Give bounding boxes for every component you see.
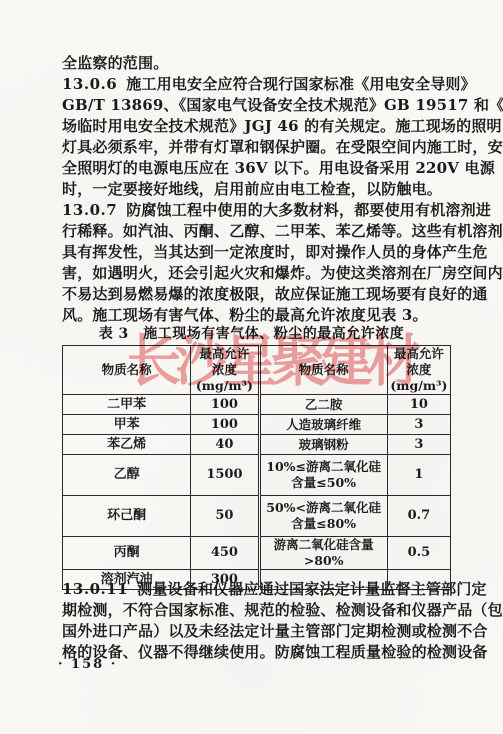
line-text: 场临时用电安全技术规范》JGJ 46 的有关规定。施工现场的照明: [62, 117, 502, 135]
table-cell: 0.7: [387, 496, 450, 537]
line-text: GB/T 13869、《国家电气设备安全技术规范》GB 19517 和《施工现: [62, 96, 503, 114]
table-cell: 450: [191, 537, 259, 570]
table-cell: 50: [191, 496, 259, 537]
text-line: 具有挥发性，当其达到一定浓度时，即对操作人员的身体产生危: [62, 242, 460, 263]
line-text: 期检测，不符合国家标准、规范的检验、检测设备和仪器产品（包括: [62, 601, 503, 619]
text-line: 国外进口产品）以及未经法定计量主管部门定期检测或检测不合: [62, 621, 460, 642]
table-cell: 甲苯: [63, 415, 191, 435]
table-cell: 游离二氧化硅含量>80%: [259, 537, 387, 570]
line-text: 时，一定要接好地线，启用前应由电工检查，以防触电。: [62, 180, 442, 198]
table-body: 二甲苯100乙二胺10甲苯100人造玻璃纤维3苯乙烯40玻璃钢粉3乙醇15001…: [63, 395, 451, 590]
line-text: 行稀释。如汽油、丙酮、乙醇、二甲苯、苯乙烯等。这些有机溶剂，: [62, 222, 503, 240]
table-row: 苯乙烯40玻璃钢粉3: [63, 435, 451, 455]
table-cell: 50%<游离二氧化硅 含量≤80%: [259, 496, 387, 537]
section-number: 13.0.7: [62, 201, 117, 219]
table-cell: 10: [387, 395, 450, 415]
text-line: 害，如遇明火，还会引起火灾和爆炸。为使这类溶剂在厂房空间内: [62, 263, 460, 284]
page-number: · 158 ·: [58, 657, 117, 672]
table-cell: 人造玻璃纤维: [259, 415, 387, 435]
table-caption: 表 3 施工现场有害气体、粉尘的最高允许浓度: [0, 323, 503, 343]
text-line: 13.0.11测量设备和仪器应通过国家法定计量监督主管部门定: [62, 579, 460, 600]
table-cell: 丙酮: [63, 537, 191, 570]
body-bottom: 13.0.11测量设备和仪器应通过国家法定计量监督主管部门定期检测，不符合国家标…: [62, 579, 460, 663]
line-text: 不易达到易燃易爆的浓度极限，故应保证施工现场要有良好的通: [62, 285, 488, 303]
table-cell: 10%≤游离二氧化硅 含量≤50%: [259, 455, 387, 496]
table-cell: 乙醇: [63, 455, 191, 496]
line-text: 害，如遇明火，还会引起火灾和爆炸。为使这类溶剂在厂房空间内: [62, 264, 503, 282]
line-text: 全监察的范围。: [62, 54, 168, 72]
text-line: 灯具必须系牢，并带有灯罩和钢保护圈。在受限空间内施工时，安: [62, 137, 460, 158]
line-text: 风。施工现场有害气体、粉尘的最高允许浓度见表 3。: [62, 306, 428, 324]
table-row: 环己酮5050%<游离二氧化硅 含量≤80%0.7: [63, 496, 451, 537]
table-cell: 0.5: [387, 537, 450, 570]
text-line: 全监察的范围。: [62, 53, 460, 74]
table-cell: 3: [387, 415, 450, 435]
table-cell: 40: [191, 435, 259, 455]
line-text: 测量设备和仪器应通过国家法定计量监督主管部门定: [137, 580, 487, 598]
text-line: 场临时用电安全技术规范》JGJ 46 的有关规定。施工现场的照明: [62, 116, 460, 137]
table-row: 二甲苯100乙二胺10: [63, 395, 451, 415]
text-line: 全照明灯的电源电压应在 36V 以下。用电设备采用 220V 电源: [62, 158, 460, 179]
text-line: 不易达到易燃易爆的浓度极限，故应保证施工现场要有良好的通: [62, 284, 460, 305]
text-line: 时，一定要接好地线，启用前应由电工检查，以防触电。: [62, 179, 460, 200]
body-top: 全监察的范围。13.0.6施工用电安全应符合现行国家标准《用电安全导则》GB/T…: [62, 53, 460, 326]
table-row: 甲苯100人造玻璃纤维3: [63, 415, 451, 435]
line-text: 全照明灯的电源电压应在 36V 以下。用电设备采用 220V 电源: [62, 159, 495, 177]
line-text: 防腐蚀工程中使用的大多数材料，都要使用有机溶剂进: [126, 201, 491, 219]
text-line: 13.0.6施工用电安全应符合现行国家标准《用电安全导则》: [62, 74, 460, 95]
column-header: 物质名称: [63, 346, 191, 395]
text-line: 格的设备、仪器不得继续使用。防腐蚀工程质量检验的检测设备: [62, 642, 460, 663]
line-text: 施工用电安全应符合现行国家标准《用电安全导则》: [126, 75, 476, 93]
section-number: 13.0.11: [62, 580, 128, 598]
document-page: 全监察的范围。13.0.6施工用电安全应符合现行国家标准《用电安全导则》GB/T…: [0, 0, 503, 734]
table-cell: 100: [191, 415, 259, 435]
text-line: GB/T 13869、《国家电气设备安全技术规范》GB 19517 和《施工现: [62, 95, 460, 116]
table-cell: 乙二胺: [259, 395, 387, 415]
table-cell: 3: [387, 435, 450, 455]
line-text: 具有挥发性，当其达到一定浓度时，即对操作人员的身体产生危: [62, 243, 488, 261]
column-header: 最高允许浓度 (mg/m³): [387, 346, 450, 395]
table-cell: 1: [387, 455, 450, 496]
table-row: 丙酮450游离二氧化硅含量>80%0.5: [63, 537, 451, 570]
text-line: 期检测，不符合国家标准、规范的检验、检测设备和仪器产品（包括: [62, 600, 460, 621]
section-number: 13.0.6: [62, 75, 117, 93]
table-cell: 二甲苯: [63, 395, 191, 415]
line-text: 格的设备、仪器不得继续使用。防腐蚀工程质量检验的检测设备: [62, 643, 488, 661]
line-text: 灯具必须系牢，并带有灯罩和钢保护圈。在受限空间内施工时，安: [62, 138, 503, 156]
table-cell: 环己酮: [63, 496, 191, 537]
text-line: 13.0.7防腐蚀工程中使用的大多数材料，都要使用有机溶剂进: [62, 200, 460, 221]
column-header: 最高允许浓度 (mg/m³): [191, 346, 259, 395]
table-row: 乙醇150010%≤游离二氧化硅 含量≤50%1: [63, 455, 451, 496]
table-cell: 1500: [191, 455, 259, 496]
table-cell: 玻璃钢粉: [259, 435, 387, 455]
table-cell: 100: [191, 395, 259, 415]
table-head: 物质名称最高允许浓度 (mg/m³)物质名称最高允许浓度 (mg/m³): [63, 346, 451, 395]
text-line: 行稀释。如汽油、丙酮、乙醇、二甲苯、苯乙烯等。这些有机溶剂，: [62, 221, 460, 242]
column-header: 物质名称: [259, 346, 387, 395]
header-row: 物质名称最高允许浓度 (mg/m³)物质名称最高允许浓度 (mg/m³): [63, 346, 451, 395]
concentration-table: 物质名称最高允许浓度 (mg/m³)物质名称最高允许浓度 (mg/m³) 二甲苯…: [62, 345, 451, 590]
table-cell: 苯乙烯: [63, 435, 191, 455]
line-text: 国外进口产品）以及未经法定计量主管部门定期检测或检测不合: [62, 622, 488, 640]
